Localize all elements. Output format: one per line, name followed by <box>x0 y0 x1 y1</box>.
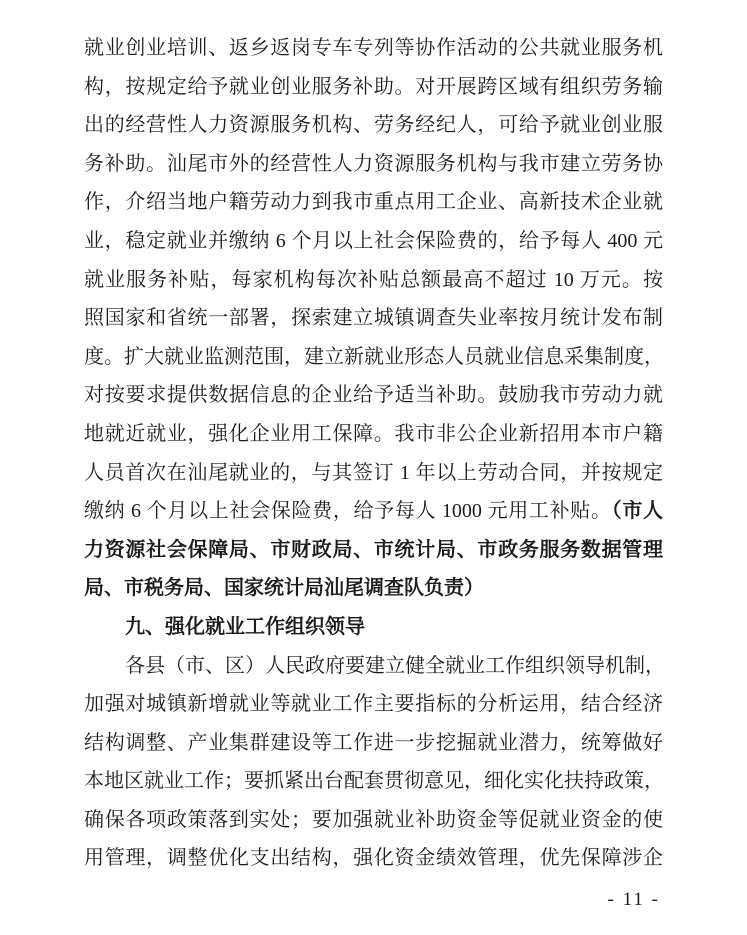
text-line: 用管理，调整优化支出结构，强化资金绩效管理，优先保障涉企 <box>84 839 663 878</box>
line-text: 度。扩大就业监测范围，建立新就业形态人员就业信息采集制度， <box>84 346 663 368</box>
text-line: 结构调整、产业集群建设等工作进一步挖掘就业潜力，统筹做好 <box>84 724 663 763</box>
text-line: 各县（市、区）人民政府要建立健全就业工作组织领导机制， <box>84 647 663 686</box>
text-line: 出的经营性人力资源服务机构、劳务经纪人，可给予就业创业服 <box>84 106 663 145</box>
line-text: 加强对城镇新增就业等就业工作主要指标的分析运用，结合经济 <box>84 693 663 715</box>
text-line: 地就近就业，强化企业用工保障。我市非公企业新招用本市户籍 <box>84 415 663 454</box>
text-line: 力资源社会保障局、市财政局、市统计局、市政务服务数据管理 <box>84 531 663 570</box>
line-text: 结构调整、产业集群建设等工作进一步挖掘就业潜力，统筹做好 <box>84 732 663 754</box>
line-text: 就业服务补贴，每家机构每次补贴总额最高不超过 10 万元。按 <box>84 269 663 291</box>
line-text: 出的经营性人力资源服务机构、劳务经纪人，可给予就业创业服 <box>84 114 663 136</box>
line-text: 作，介绍当地户籍劳动力到我市重点用工企业、高新技术企业就 <box>84 191 663 213</box>
text-line: 度。扩大就业监测范围，建立新就业形态人员就业信息采集制度， <box>84 338 663 377</box>
text-line: 加强对城镇新增就业等就业工作主要指标的分析运用，结合经济 <box>84 685 663 724</box>
text-line: 就业创业培训、返乡返岗专车专列等协作活动的公共就业服务机 <box>84 29 663 68</box>
line-text: 业，稳定就业并缴纳 6 个月以上社会保险费的，给予每人 400 元 <box>84 230 663 252</box>
line-text: 照国家和省统一部署，探索建立城镇调查失业率按月统计发布制 <box>84 307 663 329</box>
text-line: 务补助。汕尾市外的经营性人力资源服务机构与我市建立劳务协 <box>84 145 663 184</box>
line-text: 地就近就业，强化企业用工保障。我市非公企业新招用本市户籍 <box>84 423 663 445</box>
line-text: 用管理，调整优化支出结构，强化资金绩效管理，优先保障涉企 <box>84 847 663 869</box>
text-line: 本地区就业工作；要抓紧出台配套贯彻意见，细化实化扶持政策， <box>84 762 663 801</box>
line-text: 确保各项政策落到实处；要加强就业补助资金等促就业资金的使 <box>84 809 663 831</box>
line-text-bold: 局、市税务局、国家统计局汕尾调查队负责） <box>84 577 484 599</box>
text-line: 业，稳定就业并缴纳 6 个月以上社会保险费的，给予每人 400 元 <box>84 222 663 261</box>
text-line: 确保各项政策落到实处；要加强就业补助资金等促就业资金的使 <box>84 801 663 840</box>
text-line: 照国家和省统一部署，探索建立城镇调查失业率按月统计发布制 <box>84 299 663 338</box>
document-page: 就业创业培训、返乡返岗专车专列等协作活动的公共就业服务机 构，按规定给予就业创业… <box>0 0 747 935</box>
line-text: 就业创业培训、返乡返岗专车专列等协作活动的公共就业服务机 <box>84 37 663 59</box>
heading-text: 九、强化就业工作组织领导 <box>125 616 365 638</box>
line-text: 各县（市、区）人民政府要建立健全就业工作组织领导机制， <box>125 655 663 677</box>
page-number: - 11 - <box>608 889 660 911</box>
line-text-bold: 力资源社会保障局、市财政局、市统计局、市政务服务数据管理 <box>84 539 663 561</box>
text-line: 人员首次在汕尾就业的，与其签订 1 年以上劳动合同，并按规定 <box>84 454 663 493</box>
text-line: 局、市税务局、国家统计局汕尾调查队负责） <box>84 569 663 608</box>
line-text: 务补助。汕尾市外的经营性人力资源服务机构与我市建立劳务协 <box>84 153 663 175</box>
text-line: 缴纳 6 个月以上社会保险费，给予每人 1000 元用工补贴。（市人 <box>84 492 663 531</box>
line-text: 缴纳 6 个月以上社会保险费，给予每人 1000 元用工补贴。 <box>84 500 612 522</box>
section-heading: 九、强化就业工作组织领导 <box>84 608 663 647</box>
text-line: 就业服务补贴，每家机构每次补贴总额最高不超过 10 万元。按 <box>84 261 663 300</box>
line-text: 构，按规定给予就业创业服务补助。对开展跨区域有组织劳务输 <box>84 76 663 98</box>
text-line: 构，按规定给予就业创业服务补助。对开展跨区域有组织劳务输 <box>84 68 663 107</box>
line-text: 对按要求提供数据信息的企业给予适当补助。鼓励我市劳动力就 <box>84 384 663 406</box>
document-text-block: 就业创业培训、返乡返岗专车专列等协作活动的公共就业服务机 构，按规定给予就业创业… <box>84 29 663 878</box>
line-text-bold: （市人 <box>612 500 663 522</box>
line-text: 本地区就业工作；要抓紧出台配套贯彻意见，细化实化扶持政策， <box>84 770 663 792</box>
text-line: 对按要求提供数据信息的企业给予适当补助。鼓励我市劳动力就 <box>84 376 663 415</box>
text-line: 作，介绍当地户籍劳动力到我市重点用工企业、高新技术企业就 <box>84 183 663 222</box>
line-text: 人员首次在汕尾就业的，与其签订 1 年以上劳动合同，并按规定 <box>84 462 663 484</box>
